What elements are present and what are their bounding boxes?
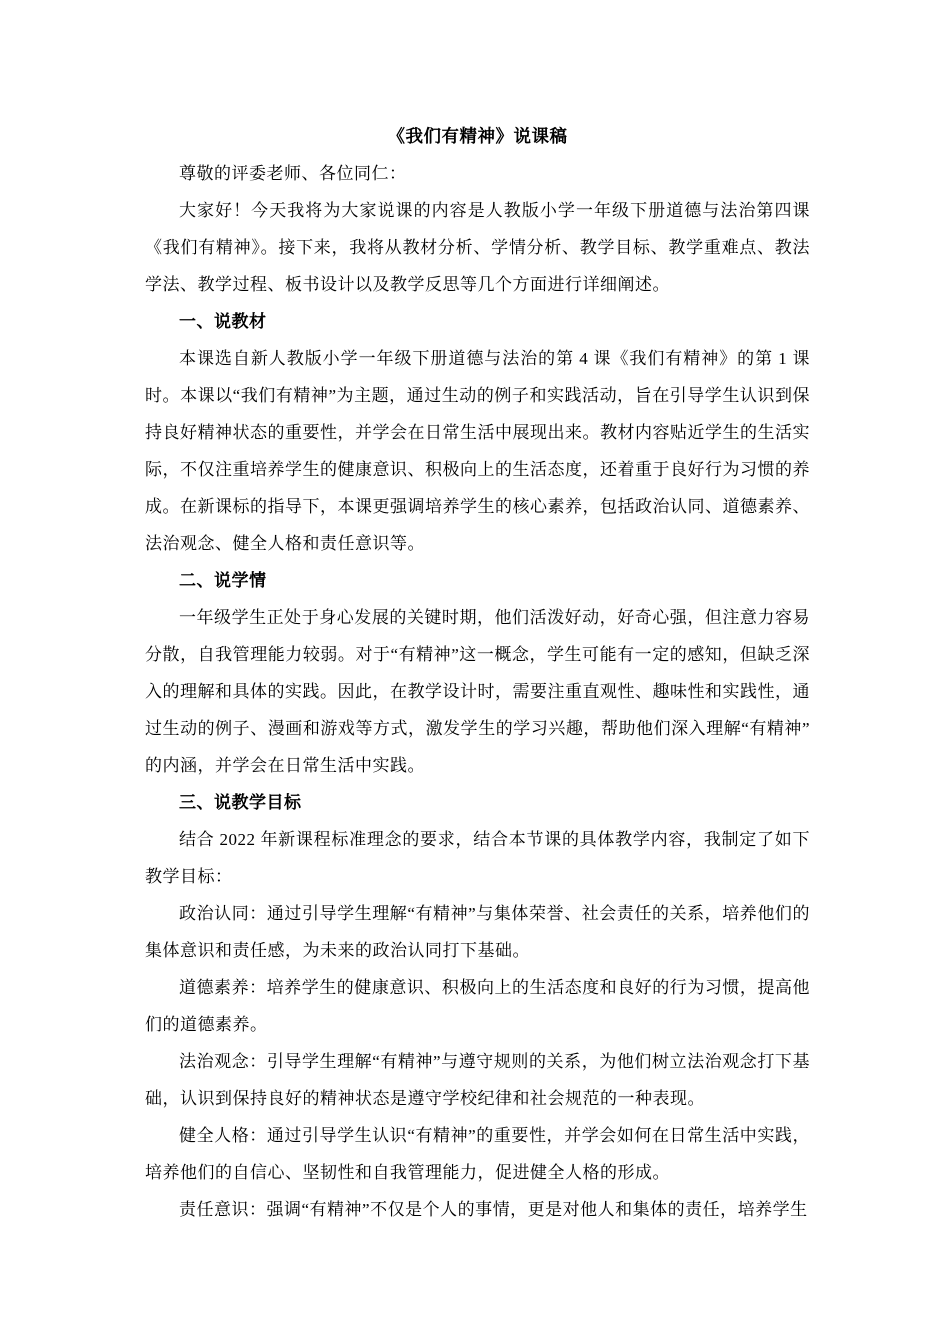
paragraph: 尊敬的评委老师、各位同仁： <box>145 155 810 192</box>
paragraph: 本课选自新人教版小学一年级下册道德与法治的第 4 课《我们有精神》的第 1 课时… <box>145 340 810 562</box>
document-title: 《我们有精神》说课稿 <box>145 118 810 155</box>
paragraph: 责任意识：强调“有精神”不仅是个人的事情，更是对他人和集体的责任，培养学生 <box>145 1191 810 1228</box>
paragraph: 结合 2022 年新课程标准理念的要求，结合本节课的具体教学内容，我制定了如下教… <box>145 821 810 895</box>
document-body: 尊敬的评委老师、各位同仁：大家好！今天我将为大家说课的内容是人教版小学一年级下册… <box>145 155 810 1228</box>
paragraph: 一年级学生正处于身心发展的关键时期，他们活泼好动，好奇心强，但注意力容易分散，自… <box>145 599 810 784</box>
section-heading: 三、说教学目标 <box>145 784 810 821</box>
paragraph: 健全人格：通过引导学生认识“有精神”的重要性，并学会如何在日常生活中实践，培养他… <box>145 1117 810 1191</box>
paragraph: 大家好！今天我将为大家说课的内容是人教版小学一年级下册道德与法治第四课《我们有精… <box>145 192 810 303</box>
paragraph: 道德素养：培养学生的健康意识、积极向上的生活态度和良好的行为习惯，提高他们的道德… <box>145 969 810 1043</box>
paragraph: 政治认同：通过引导学生理解“有精神”与集体荣誉、社会责任的关系，培养他们的集体意… <box>145 895 810 969</box>
section-heading: 二、说学情 <box>145 562 810 599</box>
section-heading: 一、说教材 <box>145 303 810 340</box>
document-page: 《我们有精神》说课稿 尊敬的评委老师、各位同仁：大家好！今天我将为大家说课的内容… <box>0 0 950 1344</box>
paragraph: 法治观念：引导学生理解“有精神”与遵守规则的关系，为他们树立法治观念打下基础，认… <box>145 1043 810 1117</box>
